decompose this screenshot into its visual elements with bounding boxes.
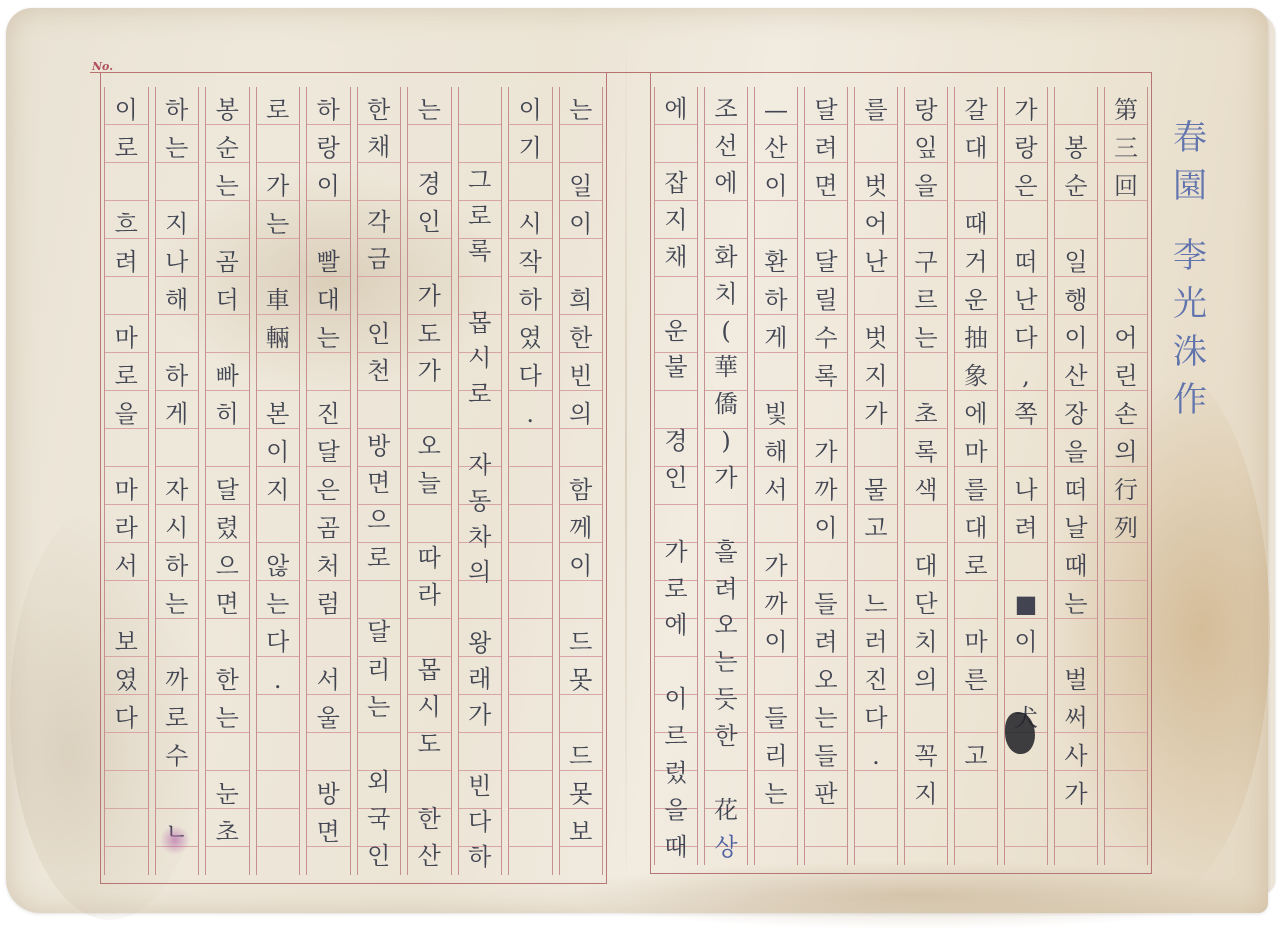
manuscript-char: 도 xyxy=(408,315,451,352)
manuscript-char: 나 xyxy=(1005,471,1047,509)
author-char: 洙 xyxy=(1173,324,1207,372)
manuscript-char: 인 xyxy=(408,203,451,240)
manuscript-char: 는 xyxy=(307,319,350,357)
manuscript-char: 잎 xyxy=(905,129,947,167)
manuscript-char: 은 xyxy=(1005,167,1047,205)
manuscript-char xyxy=(755,661,797,699)
manuscript-char: 려 xyxy=(105,243,148,281)
manuscript-char: 치 xyxy=(705,275,747,312)
manuscript-char: 을 xyxy=(655,791,697,828)
manuscript-char xyxy=(1105,243,1147,281)
manuscript-column: 랑잎을구르는초록색대단치의꼭지 xyxy=(904,87,948,865)
manuscript-char xyxy=(655,128,697,165)
manuscript-char: 마 xyxy=(955,433,997,471)
manuscript-char: 이 xyxy=(1005,623,1047,661)
manuscript-char xyxy=(408,763,451,800)
manuscript-char: 서 xyxy=(307,661,350,699)
manuscript-char: 더 xyxy=(206,281,249,319)
manuscript-char: 보 xyxy=(560,813,603,851)
manuscript-char: 는 xyxy=(805,699,847,737)
manuscript-char: 록 xyxy=(905,433,947,471)
manuscript-char: 천 xyxy=(358,352,401,389)
manuscript-char: 록 xyxy=(459,234,502,270)
manuscript-char xyxy=(905,509,947,547)
manuscript-char xyxy=(755,205,797,243)
manuscript-char: 래 xyxy=(459,661,502,697)
manuscript-char: 달 xyxy=(805,91,847,129)
manuscript-char: 도 xyxy=(408,726,451,763)
manuscript-char: 로 xyxy=(105,129,148,167)
manuscript-char: . xyxy=(855,737,897,775)
manuscript-char xyxy=(1105,281,1147,319)
manuscript-char xyxy=(459,733,502,769)
manuscript-char: 가 xyxy=(805,433,847,471)
manuscript-char: 봉 xyxy=(206,91,249,129)
manuscript-char: 이 xyxy=(560,205,603,243)
manuscript-char: 이 xyxy=(105,91,148,129)
manuscript-char: 까 xyxy=(755,585,797,623)
manuscript-char: 마 xyxy=(955,623,997,661)
manuscript-char: 외 xyxy=(358,763,401,800)
manuscript-char: 는 xyxy=(257,585,300,623)
manuscript-char: 해 xyxy=(755,433,797,471)
manuscript-char: 렸 xyxy=(206,509,249,547)
manuscript-char: 이 xyxy=(257,433,300,471)
manuscript-column: 달려면달릴수록가까이들려오는들판 xyxy=(804,87,848,865)
manuscript-char: ■ xyxy=(1005,585,1047,623)
manuscript-char: 을 xyxy=(1055,433,1097,471)
manuscript-char: 차 xyxy=(459,519,502,555)
manuscript-char: 듯 xyxy=(705,681,747,718)
manuscript-char: 한 xyxy=(560,319,603,357)
manuscript-char: 고 xyxy=(955,737,997,775)
manuscript-char xyxy=(560,433,603,471)
manuscript-char: 로 xyxy=(655,570,697,607)
manuscript-char xyxy=(955,699,997,737)
manuscript-char: 어 xyxy=(855,205,897,243)
manuscript-char xyxy=(358,278,401,315)
manuscript-char xyxy=(156,433,199,471)
manuscript-char: 다 xyxy=(509,357,552,395)
manuscript-char: 상 xyxy=(705,828,747,865)
author-char: 李 xyxy=(1173,228,1207,276)
manuscript-char: 抽 xyxy=(955,319,997,357)
manuscript-char: 처 xyxy=(307,547,350,585)
manuscript-char xyxy=(855,433,897,471)
manuscript-char: 대 xyxy=(905,547,947,585)
manuscript-char: 대 xyxy=(307,281,350,319)
manuscript-char: 이 xyxy=(755,623,797,661)
manuscript-column: 하는지나해하게자시하는까로수ㄴ xyxy=(155,87,200,875)
manuscript-char xyxy=(459,127,502,163)
manuscript-column: 는일이희한빈의함께이드못드못보 xyxy=(559,87,604,875)
manuscript-char: 국 xyxy=(358,800,401,837)
purple-ink-mark xyxy=(160,825,190,855)
manuscript-char: 른 xyxy=(955,661,997,699)
manuscript-char: 록 xyxy=(805,357,847,395)
manuscript-char: 진 xyxy=(855,661,897,699)
manuscript-char: 행 xyxy=(1055,281,1097,319)
manuscript-char: 대 xyxy=(955,129,997,167)
manuscript-char: 였 xyxy=(509,319,552,357)
manuscript-char: 린 xyxy=(1105,357,1147,395)
manuscript-char: 는 xyxy=(408,91,451,128)
ink-blot xyxy=(1005,712,1035,754)
author-char: 春 xyxy=(1173,110,1207,158)
manuscript-char: 가 xyxy=(1055,775,1097,813)
manuscript-char: 까 xyxy=(156,661,199,699)
manuscript-char: 回 xyxy=(1105,167,1147,205)
manuscript-char: 하 xyxy=(307,91,350,129)
manuscript-column: 를벗어난벗지가물고느러진다. xyxy=(854,87,898,865)
manuscript-char: 곰 xyxy=(206,243,249,281)
manuscript-char: 조 xyxy=(705,91,747,128)
manuscript-char xyxy=(257,129,300,167)
manuscript-char xyxy=(855,281,897,319)
manuscript-char: 는 xyxy=(156,129,199,167)
manuscript-column: 조선에화치(華僑)가흘려오는듯한花상 xyxy=(704,87,748,865)
manuscript-char: 빨 xyxy=(307,243,350,281)
manuscript-char: 오 xyxy=(408,427,451,464)
manuscript-char: 시 xyxy=(459,340,502,376)
manuscript-char xyxy=(307,737,350,775)
manuscript-char: 는 xyxy=(755,775,797,813)
manuscript-char: 장 xyxy=(1055,395,1097,433)
manuscript-char: 각 xyxy=(358,203,401,240)
manuscript-char: 거 xyxy=(955,243,997,281)
manuscript-char: 물 xyxy=(855,471,897,509)
manuscript-char: 는 xyxy=(705,644,747,681)
manuscript-char: 은 xyxy=(307,471,350,509)
manuscript-char: 는 xyxy=(358,688,401,725)
manuscript-char xyxy=(408,614,451,651)
manuscript-char: 이 xyxy=(755,167,797,205)
manuscript-char: 인 xyxy=(358,838,401,875)
manuscript-char: 불 xyxy=(655,349,697,386)
manuscript-char: 산 xyxy=(1055,357,1097,395)
manuscript-char: 하 xyxy=(156,91,199,129)
author-char: 園 xyxy=(1173,158,1207,206)
manuscript-char: 가 xyxy=(1005,91,1047,129)
manuscript-char: 갈 xyxy=(955,91,997,129)
manuscript-char xyxy=(206,205,249,243)
manuscript-char xyxy=(1055,205,1097,243)
manuscript-char: 리 xyxy=(755,737,797,775)
manuscript-char: 산 xyxy=(755,129,797,167)
manuscript-char: 단 xyxy=(905,585,947,623)
manuscript-char: 기 xyxy=(509,129,552,167)
manuscript-char xyxy=(509,167,552,205)
manuscript-char: 려 xyxy=(805,623,847,661)
manuscript-char: 초 xyxy=(905,395,947,433)
manuscript-char: 드 xyxy=(560,623,603,661)
manuscript-column: 는경인가도가오늘따라몹시도한산 xyxy=(407,87,452,875)
manuscript-char xyxy=(105,585,148,623)
manuscript-char xyxy=(156,775,199,813)
manuscript-char xyxy=(1005,547,1047,585)
manuscript-char: 히 xyxy=(206,395,249,433)
manuscript-char: 순 xyxy=(1055,167,1097,205)
manuscript-char xyxy=(358,166,401,203)
manuscript-char: 럼 xyxy=(307,585,350,623)
manuscript-char: 지 xyxy=(855,357,897,395)
manuscript-char: 해 xyxy=(156,281,199,319)
manuscript-char: 지 xyxy=(655,202,697,239)
manuscript-char: 손 xyxy=(1105,395,1147,433)
manuscript-char: 로 xyxy=(459,376,502,412)
manuscript-char xyxy=(705,202,747,239)
manuscript-char: 봉 xyxy=(1055,129,1097,167)
manuscript-char: 의 xyxy=(1105,433,1147,471)
manuscript-char: 하 xyxy=(156,547,199,585)
manuscript-char xyxy=(156,167,199,205)
manuscript-char: 늘 xyxy=(408,464,451,501)
manuscript-char: 列 xyxy=(1105,509,1147,547)
manuscript-char xyxy=(307,357,350,395)
manuscript-char: 에 xyxy=(655,607,697,644)
manuscript-char xyxy=(257,357,300,395)
manuscript-char xyxy=(805,395,847,433)
manuscript-char xyxy=(206,623,249,661)
manuscript-char: 쪽 xyxy=(1005,395,1047,433)
manuscript-char: 방 xyxy=(358,427,401,464)
manuscript-char: 가 xyxy=(705,460,747,497)
manuscript-char: 는 xyxy=(206,699,249,737)
manuscript-char: 벌 xyxy=(1055,661,1097,699)
manuscript-char xyxy=(1055,91,1097,129)
left-page-grid: 는일이희한빈의함께이드못드못보이기시작하였다.그로록몹시로자동차의왕래가빈다하는… xyxy=(100,72,607,884)
manuscript-char: 서 xyxy=(105,547,148,585)
manuscript-char: ) xyxy=(705,423,747,460)
manuscript-char: 다 xyxy=(105,699,148,737)
manuscript-char: 산 xyxy=(408,838,451,875)
manuscript-char: 본 xyxy=(257,395,300,433)
manuscript-char: 면 xyxy=(206,585,249,623)
manuscript-char: 리 xyxy=(358,651,401,688)
manuscript-char: ( xyxy=(705,312,747,349)
manuscript-char xyxy=(156,623,199,661)
manuscript-char: 흐 xyxy=(105,205,148,243)
manuscript-char: 한 xyxy=(358,91,401,128)
manuscript-char: 라 xyxy=(105,509,148,547)
manuscript-char xyxy=(655,644,697,681)
manuscript-char: 르 xyxy=(905,281,947,319)
manuscript-char: 운 xyxy=(955,281,997,319)
manuscript-char: 게 xyxy=(156,395,199,433)
manuscript-char: 하 xyxy=(755,281,797,319)
manuscript-char: 때 xyxy=(1055,547,1097,585)
manuscript-char: 몹 xyxy=(459,305,502,341)
manuscript-char: 채 xyxy=(358,128,401,165)
manuscript-char: 을 xyxy=(105,395,148,433)
manuscript-char: 릴 xyxy=(805,281,847,319)
manuscript-char: 인 xyxy=(358,315,401,352)
manuscript-char: 드 xyxy=(560,737,603,775)
manuscript-char: 왕 xyxy=(459,626,502,662)
manuscript-char: 華 xyxy=(705,349,747,386)
manuscript-column: 그로록몹시로자동차의왕래가빈다하 xyxy=(458,87,503,875)
manuscript-char: 가 xyxy=(408,352,451,389)
manuscript-char: 써 xyxy=(1055,699,1097,737)
manuscript-char: 에 xyxy=(655,91,697,128)
manuscript-char xyxy=(408,390,451,427)
manuscript-char: 수 xyxy=(156,737,199,775)
manuscript-char: 시 xyxy=(408,688,451,725)
manuscript-char: 하 xyxy=(459,839,502,875)
manuscript-char: 輛 xyxy=(257,319,300,357)
manuscript-char: 이 xyxy=(1055,319,1097,357)
manuscript-char: 방 xyxy=(307,775,350,813)
center-fold xyxy=(625,20,627,900)
manuscript-column: —산이환하게빛해서가까이들리는 xyxy=(754,87,798,865)
manuscript-char: 마 xyxy=(105,471,148,509)
manuscript-char: 화 xyxy=(705,238,747,275)
manuscript-column: 第三回어린손의行列 xyxy=(1104,87,1148,865)
manuscript-char: 들 xyxy=(805,585,847,623)
manuscript-char: 달 xyxy=(358,614,401,651)
manuscript-char: 시 xyxy=(156,509,199,547)
manuscript-char: 하 xyxy=(509,281,552,319)
manuscript-char: 에 xyxy=(955,395,997,433)
manuscript-char xyxy=(905,699,947,737)
manuscript-char: 지 xyxy=(257,471,300,509)
manuscript-char: 르 xyxy=(655,718,697,755)
manuscript-char xyxy=(105,433,148,471)
manuscript-char xyxy=(1005,661,1047,699)
manuscript-char: 난 xyxy=(855,243,897,281)
manuscript-char: 선 xyxy=(705,128,747,165)
manuscript-column: 로가는車輛본이지않는다. xyxy=(256,87,301,875)
manuscript-char: 자 xyxy=(459,447,502,483)
manuscript-char: 라 xyxy=(408,576,451,613)
manuscript-char: 다 xyxy=(855,699,897,737)
manuscript-char: 이 xyxy=(509,91,552,129)
manuscript-char: 느 xyxy=(855,585,897,623)
manuscript-column: 이기시작하였다. xyxy=(508,87,553,875)
manuscript-column: 한채각금인천방면으로달리는외국인 xyxy=(357,87,402,875)
manuscript-char: 로 xyxy=(105,357,148,395)
manuscript-char: 象 xyxy=(955,357,997,395)
author-char: 作 xyxy=(1173,372,1207,420)
manuscript-char: 로 xyxy=(156,699,199,737)
manuscript-char: 花 xyxy=(705,791,747,828)
manuscript-char xyxy=(408,240,451,277)
manuscript-char: 서 xyxy=(755,471,797,509)
manuscript-char: 판 xyxy=(805,775,847,813)
manuscript-char xyxy=(855,129,897,167)
manuscript-char: 난 xyxy=(1005,281,1047,319)
manuscript-char xyxy=(358,390,401,427)
manuscript-char: 한 xyxy=(408,800,451,837)
manuscript-char xyxy=(705,754,747,791)
manuscript-char: 다 xyxy=(459,804,502,840)
manuscript-char: 못 xyxy=(560,661,603,699)
manuscript-char: 진 xyxy=(307,395,350,433)
manuscript-char: 가 xyxy=(855,395,897,433)
manuscript-char: 는 xyxy=(560,91,603,129)
manuscript-char: 치 xyxy=(905,623,947,661)
manuscript-char xyxy=(655,275,697,312)
manuscript-char xyxy=(905,205,947,243)
manuscript-char: 함 xyxy=(560,471,603,509)
manuscript-char: 는 xyxy=(1055,585,1097,623)
manuscript-char xyxy=(955,167,997,205)
manuscript-char: 고 xyxy=(855,509,897,547)
manuscript-char: 눈 xyxy=(206,775,249,813)
manuscript-column: 에잡지채운불경인가로에이르렀을때 xyxy=(654,87,698,865)
manuscript-char xyxy=(105,167,148,205)
manuscript-char: 까 xyxy=(805,471,847,509)
manuscript-column: 봉순는곰더빠히달렸으면한는눈초 xyxy=(205,87,250,875)
manuscript-char: 빈 xyxy=(560,357,603,395)
manuscript-char: 빛 xyxy=(755,395,797,433)
manuscript-char: 경 xyxy=(408,166,451,203)
manuscript-char: 오 xyxy=(805,661,847,699)
manuscript-char: 의 xyxy=(560,395,603,433)
manuscript-char: 몹 xyxy=(408,651,451,688)
manuscript-char: 어 xyxy=(1105,319,1147,357)
manuscript-char: 벗 xyxy=(855,319,897,357)
manuscript-char: 였 xyxy=(105,661,148,699)
manuscript-char: 하 xyxy=(156,357,199,395)
manuscript-char: 달 xyxy=(206,471,249,509)
manuscript-char: 車 xyxy=(257,281,300,319)
manuscript-char: 빈 xyxy=(459,768,502,804)
manuscript-char: 울 xyxy=(307,699,350,737)
manuscript-char: 자 xyxy=(156,471,199,509)
manuscript-char: 채 xyxy=(655,238,697,275)
manuscript-char xyxy=(1005,433,1047,471)
manuscript-char: 가 xyxy=(655,533,697,570)
manuscript-char: 로 xyxy=(358,539,401,576)
manuscript-char: 다 xyxy=(1005,319,1047,357)
manuscript-char: 초 xyxy=(206,813,249,851)
manuscript-char: 나 xyxy=(156,243,199,281)
manuscript-char: 때 xyxy=(955,205,997,243)
manuscript-char: 지 xyxy=(905,775,947,813)
manuscript-char: 일 xyxy=(560,167,603,205)
manuscript-char: 운 xyxy=(655,312,697,349)
manuscript-char: 대 xyxy=(955,509,997,547)
manuscript-column: 이로흐려마로을마라서보였다 xyxy=(104,87,149,875)
manuscript-char: 시 xyxy=(509,205,552,243)
manuscript-char: 를 xyxy=(955,471,997,509)
manuscript-char xyxy=(257,509,300,547)
manuscript-char: 때 xyxy=(655,828,697,865)
manuscript-char: 를 xyxy=(855,91,897,129)
manuscript-char xyxy=(905,357,947,395)
manuscript-char: 랑 xyxy=(307,129,350,167)
manuscript-char xyxy=(105,281,148,319)
manuscript-char xyxy=(705,496,747,533)
manuscript-char: 三 xyxy=(1105,129,1147,167)
manuscript-char: — xyxy=(755,91,797,129)
manuscript-column: 갈대때거운抽象에마를대로마른고 xyxy=(954,87,998,865)
manuscript-char: 달 xyxy=(307,433,350,471)
manuscript-char: 랑 xyxy=(1005,129,1047,167)
manuscript-char: 僑 xyxy=(705,386,747,423)
manuscript-char: 이 xyxy=(307,167,350,205)
manuscript-char: 가 xyxy=(257,167,300,205)
manuscript-char: 의 xyxy=(905,661,947,699)
manuscript-char: 에 xyxy=(705,165,747,202)
manuscript-char xyxy=(755,357,797,395)
manuscript-char: 떠 xyxy=(1005,243,1047,281)
manuscript-char: 게 xyxy=(755,319,797,357)
manuscript-char: 작 xyxy=(509,243,552,281)
manuscript-char xyxy=(1005,205,1047,243)
manuscript-char: 달 xyxy=(805,243,847,281)
